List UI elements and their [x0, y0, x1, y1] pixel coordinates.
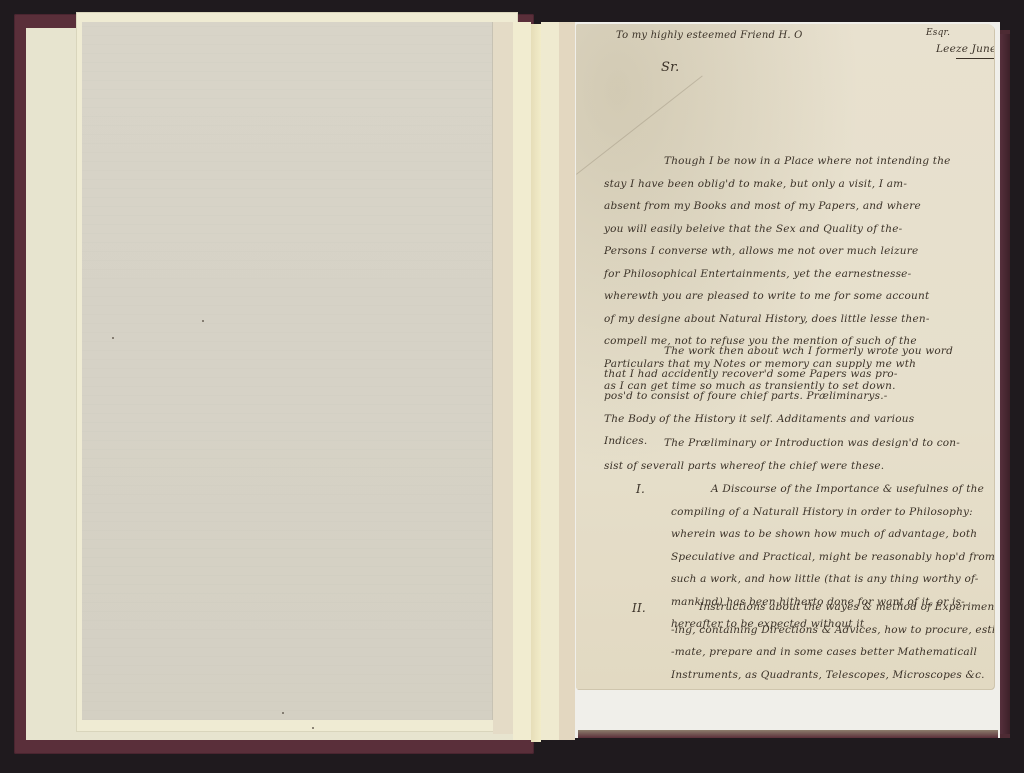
text-line: pos'd to consist of foure chief parts. P…: [604, 385, 988, 408]
text-line: wherein was to be shown how much of adva…: [671, 523, 991, 546]
letter-dateline: Leeze June 13. 1666: [936, 43, 994, 55]
page-edge-strip: [541, 22, 559, 740]
manuscript-letter: To my highly esteemed Friend H. O Esqr. …: [576, 24, 994, 689]
paragraph-3: The Præliminary or Introduction was desi…: [604, 432, 988, 477]
right-bottom-edge: [578, 730, 998, 738]
text-line: absent from my Books and most of my Pape…: [604, 195, 988, 218]
letter-esq: Esqr.: [926, 28, 950, 38]
text-line: -ing, containing Directions & Advices, h…: [671, 619, 991, 642]
text-line: Mathematical Tools, as Ballances, Stater…: [671, 686, 991, 689]
list-item-2: Instructions about the wayes & method of…: [671, 596, 991, 689]
text-line: The Body of the History it self. Additam…: [604, 408, 988, 431]
text-line: Instructions about the wayes & method of…: [671, 596, 991, 619]
page-edge-strip: [493, 22, 513, 734]
page-edge-strip: [513, 22, 531, 740]
letter-salutation: Sr.: [661, 60, 679, 75]
item-numeral: I.: [636, 482, 645, 496]
blank-flyleaf: [82, 22, 493, 720]
text-line: stay I have been oblig'd to make, but on…: [604, 173, 988, 196]
text-line: for Philosophical Entertainments, yet th…: [604, 263, 988, 286]
text-line: The work then about wch I formerly wrote…: [604, 340, 988, 363]
text-line: Persons I converse wth, allows me not ov…: [604, 240, 988, 263]
text-line: sist of severall parts whereof the chief…: [604, 455, 988, 478]
page-edge-strip: [559, 22, 575, 740]
text-line: Though I be now in a Place where not int…: [604, 150, 988, 173]
text-line: A Discourse of the Importance & usefulne…: [671, 478, 991, 501]
text-line: compiling of a Naturall History in order…: [671, 501, 991, 524]
text-line: wherewth you are pleased to write to me …: [604, 285, 988, 308]
text-line: of my designe about Natural History, doe…: [604, 308, 988, 331]
text-line: The Præliminary or Introduction was desi…: [604, 432, 988, 455]
text-line: -mate, prepare and in some cases better …: [671, 641, 991, 664]
book-gutter: [531, 24, 541, 742]
text-line: you will easily beleive that the Sex and…: [604, 218, 988, 241]
text-line: such a work, and how little (that is any…: [671, 568, 991, 591]
letter-address: To my highly esteemed Friend H. O: [616, 30, 803, 41]
text-line: Instruments, as Quadrants, Telescopes, M…: [671, 664, 991, 687]
date-underline: [956, 58, 994, 59]
text-line: Speculative and Practical, might be reas…: [671, 546, 991, 569]
item-numeral: II.: [632, 601, 646, 615]
text-line: that I had accidently recover'd some Pap…: [604, 363, 988, 386]
